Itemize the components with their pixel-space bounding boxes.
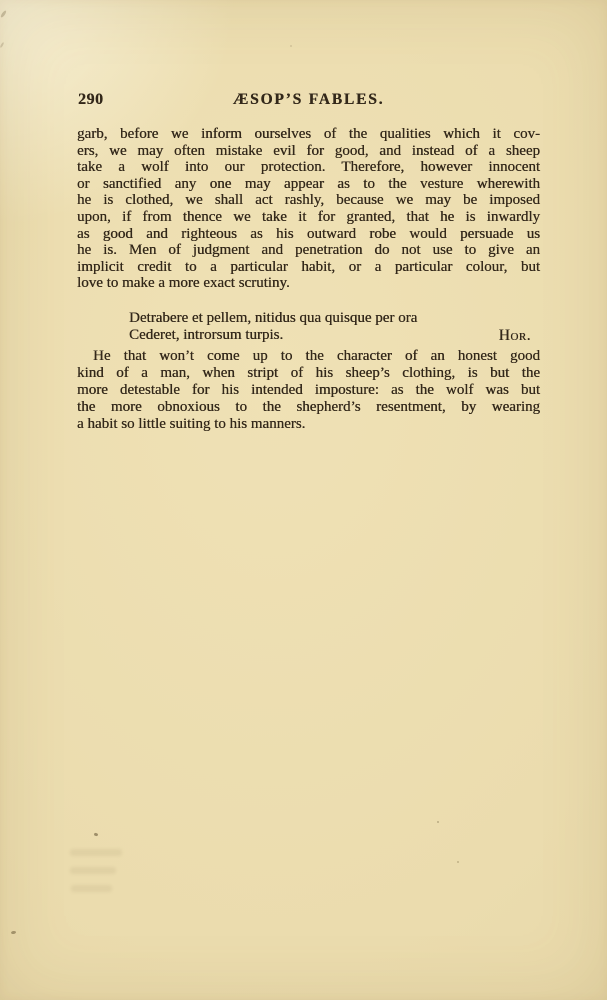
paper-speck xyxy=(0,42,4,48)
text-line: upon, if from thence we take it for gran… xyxy=(77,209,540,226)
paragraph-2: He that won’t come up to the character o… xyxy=(77,348,540,433)
paper-speck xyxy=(11,931,16,935)
page-header: 290 ÆSOP’S FABLES. xyxy=(77,90,540,109)
text-line: a habit so little suiting to his manners… xyxy=(77,416,540,433)
paragraph-1: garb, before we inform ourselves of the … xyxy=(77,126,540,292)
paper-speck xyxy=(437,821,439,823)
quote-attribution: Hor. xyxy=(499,327,531,344)
bleed-through-text xyxy=(70,867,116,874)
paper-speck xyxy=(290,45,292,47)
running-title: ÆSOP’S FABLES. xyxy=(77,90,540,109)
text-line: the more obnoxious to the shepherd’s res… xyxy=(77,399,540,416)
text-line: love to make a more exact scrutiny. xyxy=(77,275,540,292)
text-line: Cederet, introrsum turpis. xyxy=(77,327,540,344)
text-line: take a wolf into our protection. Therefo… xyxy=(77,159,540,176)
text-line: he is. Men of judgment and penetration d… xyxy=(77,242,540,259)
quote-lines: Detrabere et pellem, nitidus qua quisque… xyxy=(77,310,540,344)
text-line: ers, we may often mistake evil for good,… xyxy=(77,143,540,160)
book-page-scan: 290 ÆSOP’S FABLES. garb, before we infor… xyxy=(0,0,607,1000)
text-line: Detrabere et pellem, nitidus qua quisque… xyxy=(77,310,540,327)
text-line: kind of a man, when stript of his sheep’… xyxy=(77,365,540,382)
paper-speck xyxy=(94,832,99,836)
bleed-through-text xyxy=(71,885,112,892)
paper-speck xyxy=(457,861,459,863)
text-line: garb, before we inform ourselves of the … xyxy=(77,126,540,143)
page-number: 290 xyxy=(78,90,104,109)
text-line: He that won’t come up to the character o… xyxy=(77,348,540,365)
paper-speck xyxy=(0,10,7,18)
text-line: he is clothed, we shall act rashly, beca… xyxy=(77,192,540,209)
bleed-through-text xyxy=(70,849,122,856)
text-line: as good and righteous as his outward rob… xyxy=(77,226,540,243)
text-line: implicit credit to a particular habit, o… xyxy=(77,259,540,276)
text-line: more detestable for his intended impostu… xyxy=(77,382,540,399)
text-line: or sanctified any one may appear as to t… xyxy=(77,176,540,193)
latin-quote: Detrabere et pellem, nitidus qua quisque… xyxy=(77,310,540,344)
